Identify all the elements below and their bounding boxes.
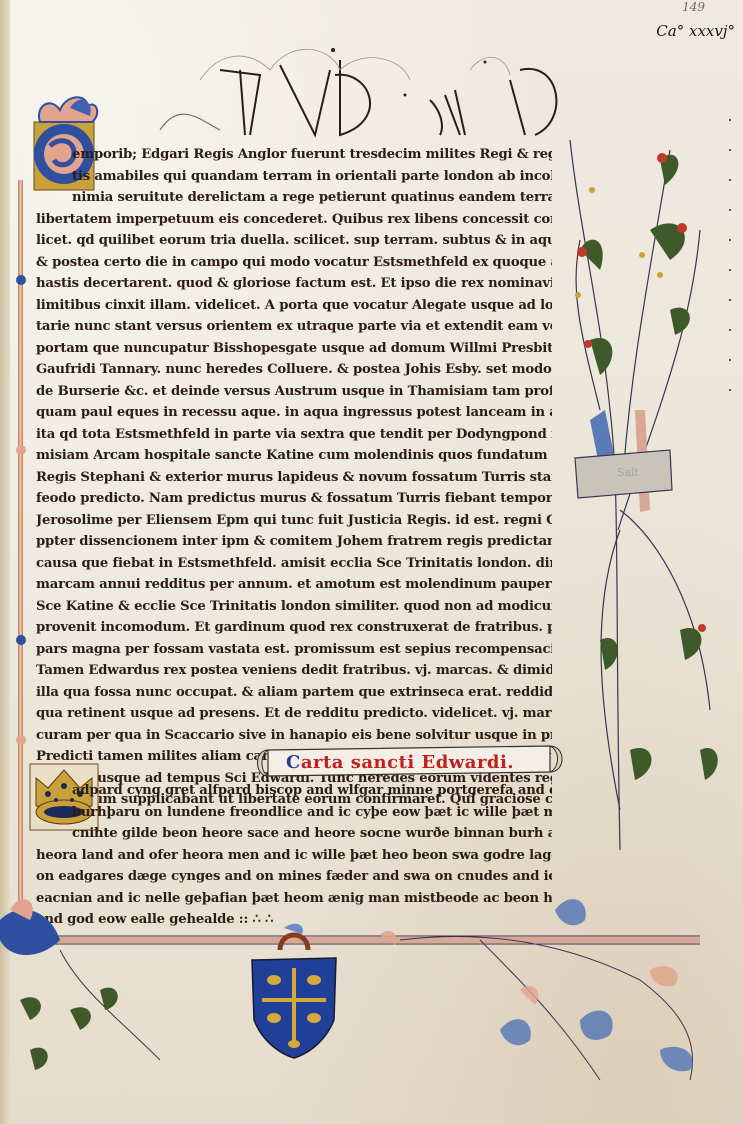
text-line: limitibus cinxit illam. videlicet. A por… — [36, 295, 552, 317]
text-line: nimia seruitute derelictam a rege petier… — [36, 187, 552, 209]
latin-text-block: emporib; Edgari Regis Anglor fuerunt tre… — [36, 144, 552, 811]
rubric-initial: C — [286, 752, 301, 773]
chapter-heading: Ca° xxxvj° — [656, 22, 735, 40]
text-line: emporib; Edgari Regis Anglor fuerunt tre… — [36, 144, 552, 166]
margin-scroll-label: Salt — [598, 462, 658, 484]
text-line: Regis Stephani & exterior murus lapideus… — [36, 467, 552, 489]
text-line: pars magna per fossam vastata est. promi… — [36, 639, 552, 661]
manuscript-page: 149 Ca° xxxvj° — [0, 0, 743, 1124]
text-line: tis amabiles qui quandam terram in orien… — [36, 166, 552, 188]
text-line: heora land and ofer heora men and ic wil… — [36, 845, 552, 867]
left-border-bar — [14, 180, 28, 920]
text-line: cnihte gilde beon heore sace and heore s… — [72, 823, 552, 845]
text-line: hastis decertarent. quod & gloriose fact… — [36, 273, 552, 295]
text-line: misiam Arcam hospitale sancte Katine cum… — [36, 445, 552, 467]
text-line: causa que fiebat in Estsmethfeld. amisit… — [36, 553, 552, 575]
text-line: illa qua fossa nunc occupat. & aliam par… — [36, 682, 552, 704]
text-line: Tamen Edwardus rex postea veniens dedit … — [36, 660, 552, 682]
text-line: de Burserie &c. et deinde versus Austrum… — [36, 381, 552, 403]
text-line: libertatem imperpetuum eis concederet. Q… — [36, 209, 552, 231]
bottom-border-foliage — [0, 880, 743, 1124]
text-line: quam paul eques in recessu aque. in aqua… — [36, 402, 552, 424]
text-line: tarie nunc stant versus orientem ex utra… — [36, 316, 552, 338]
text-line: licet. qd quilibet eorum tria duella. sc… — [36, 230, 552, 252]
text-line: ita qd tota Estsmethfeld in parte via se… — [36, 424, 552, 446]
text-line: Sce Katine & ecclie Sce Trinitatis londo… — [36, 596, 552, 618]
text-line: ppter dissencionem inter ipm & comitem J… — [36, 531, 552, 553]
text-line: Gaufridi Tannary. nunc heredes Colluere.… — [36, 359, 552, 381]
text-line: adpard cyng gret alfpard biscop and wlfg… — [72, 780, 552, 802]
text-line: portam que nuncupatur Bisshopesgate usqu… — [36, 338, 552, 360]
rubric-title-text: arta sancti Edwardi. — [301, 752, 514, 773]
right-margin-foliage-spray — [560, 110, 743, 860]
rubric-scroll: Carta sancti Edwardi. — [250, 742, 570, 782]
text-line: Jerosolime per Eliensem Epm qui tunc fui… — [36, 510, 552, 532]
text-line: qua retinent usque ad presens. Et de red… — [36, 703, 552, 725]
text-line: burhþaru on lundene freondlice and ic cy… — [72, 802, 552, 824]
heraldic-shield-icon — [244, 920, 344, 1060]
text-line: feodo predicto. Nam predictus murus & fo… — [36, 488, 552, 510]
text-line: provenit incomodum. Et gardinum quod rex… — [36, 617, 552, 639]
text-line: marcam annui redditus per annum. et amot… — [36, 574, 552, 596]
cadel-heading-flourish — [140, 40, 580, 140]
text-line: & postea certo die in campo qui modo voc… — [36, 252, 552, 274]
rubric-title: Carta sancti Edwardi. — [286, 752, 514, 773]
folio-number: 149 — [682, 0, 705, 14]
